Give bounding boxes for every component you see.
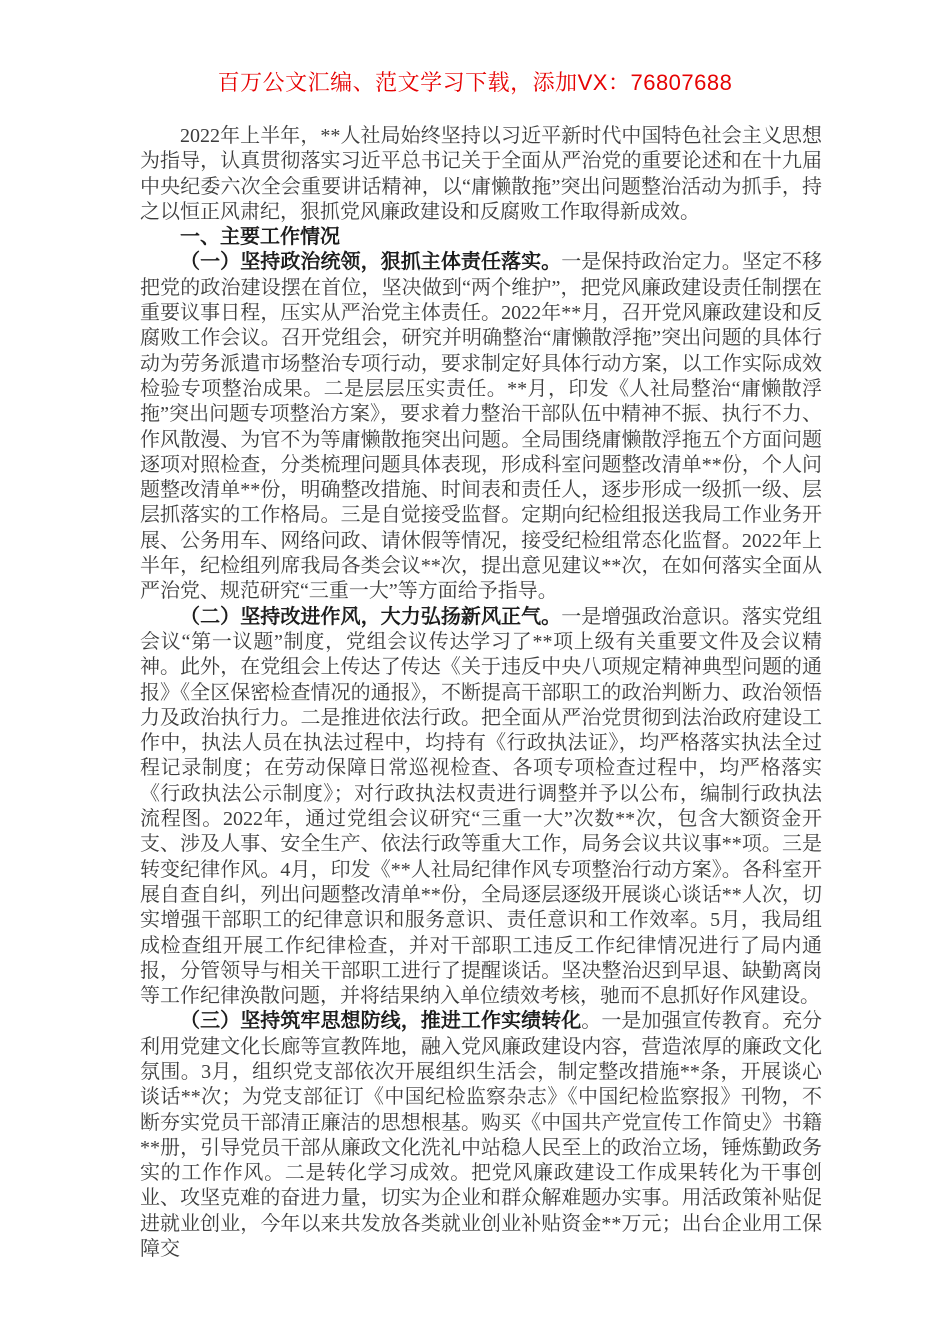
subsection-3-lead: （三）坚持筑牢思想防线，推进工作实绩转化 bbox=[180, 1010, 581, 1032]
subsection-2-body: 一是增强政治意识。落实党组会议“第一议题”制度，党组会议传达学习了**项上级有关… bbox=[140, 606, 822, 1007]
section-heading-1: 一、主要工作情况 bbox=[140, 225, 822, 250]
document-body: 2022年上半年，**人社局始终坚持以习近平新时代中国特色社会主义思想为指导，认… bbox=[140, 124, 822, 1262]
subsection-1-body: 一是保持政治定力。坚定不移把党的政治建设摆在首位，坚决做到“两个维护”，把党风廉… bbox=[140, 251, 822, 602]
subsection-paragraph-1: （一）坚持政治统领，狠抓主体责任落实。一是保持政治定力。坚定不移把党的政治建设摆… bbox=[140, 250, 822, 604]
subsection-2-lead: （二）坚持改进作风，大力弘扬新风正气。 bbox=[180, 606, 561, 628]
document-page: 百万公文汇编、范文学习下载，添加VX：76807688 2022年上半年，**人… bbox=[0, 0, 950, 1344]
intro-paragraph: 2022年上半年，**人社局始终坚持以习近平新时代中国特色社会主义思想为指导，认… bbox=[140, 124, 822, 225]
subsection-paragraph-3: （三）坚持筑牢思想防线，推进工作实绩转化。一是加强宣传教育。充分利用党建文化长廊… bbox=[140, 1009, 822, 1262]
promo-header-text: 百万公文汇编、范文学习下载，添加VX：76807688 bbox=[0, 68, 950, 98]
intro-text: 2022年上半年，**人社局始终坚持以习近平新时代中国特色社会主义思想为指导，认… bbox=[140, 125, 822, 223]
subsection-paragraph-2: （二）坚持改进作风，大力弘扬新风正气。一是增强政治意识。落实党组会议“第一议题”… bbox=[140, 605, 822, 1010]
subsection-1-lead: （一）坚持政治统领，狠抓主体责任落实。 bbox=[180, 251, 561, 273]
subsection-3-body: 。一是加强宣传教育。充分利用党建文化长廊等宣教阵地，融入党风廉政建设内容，营造浓… bbox=[140, 1010, 822, 1260]
